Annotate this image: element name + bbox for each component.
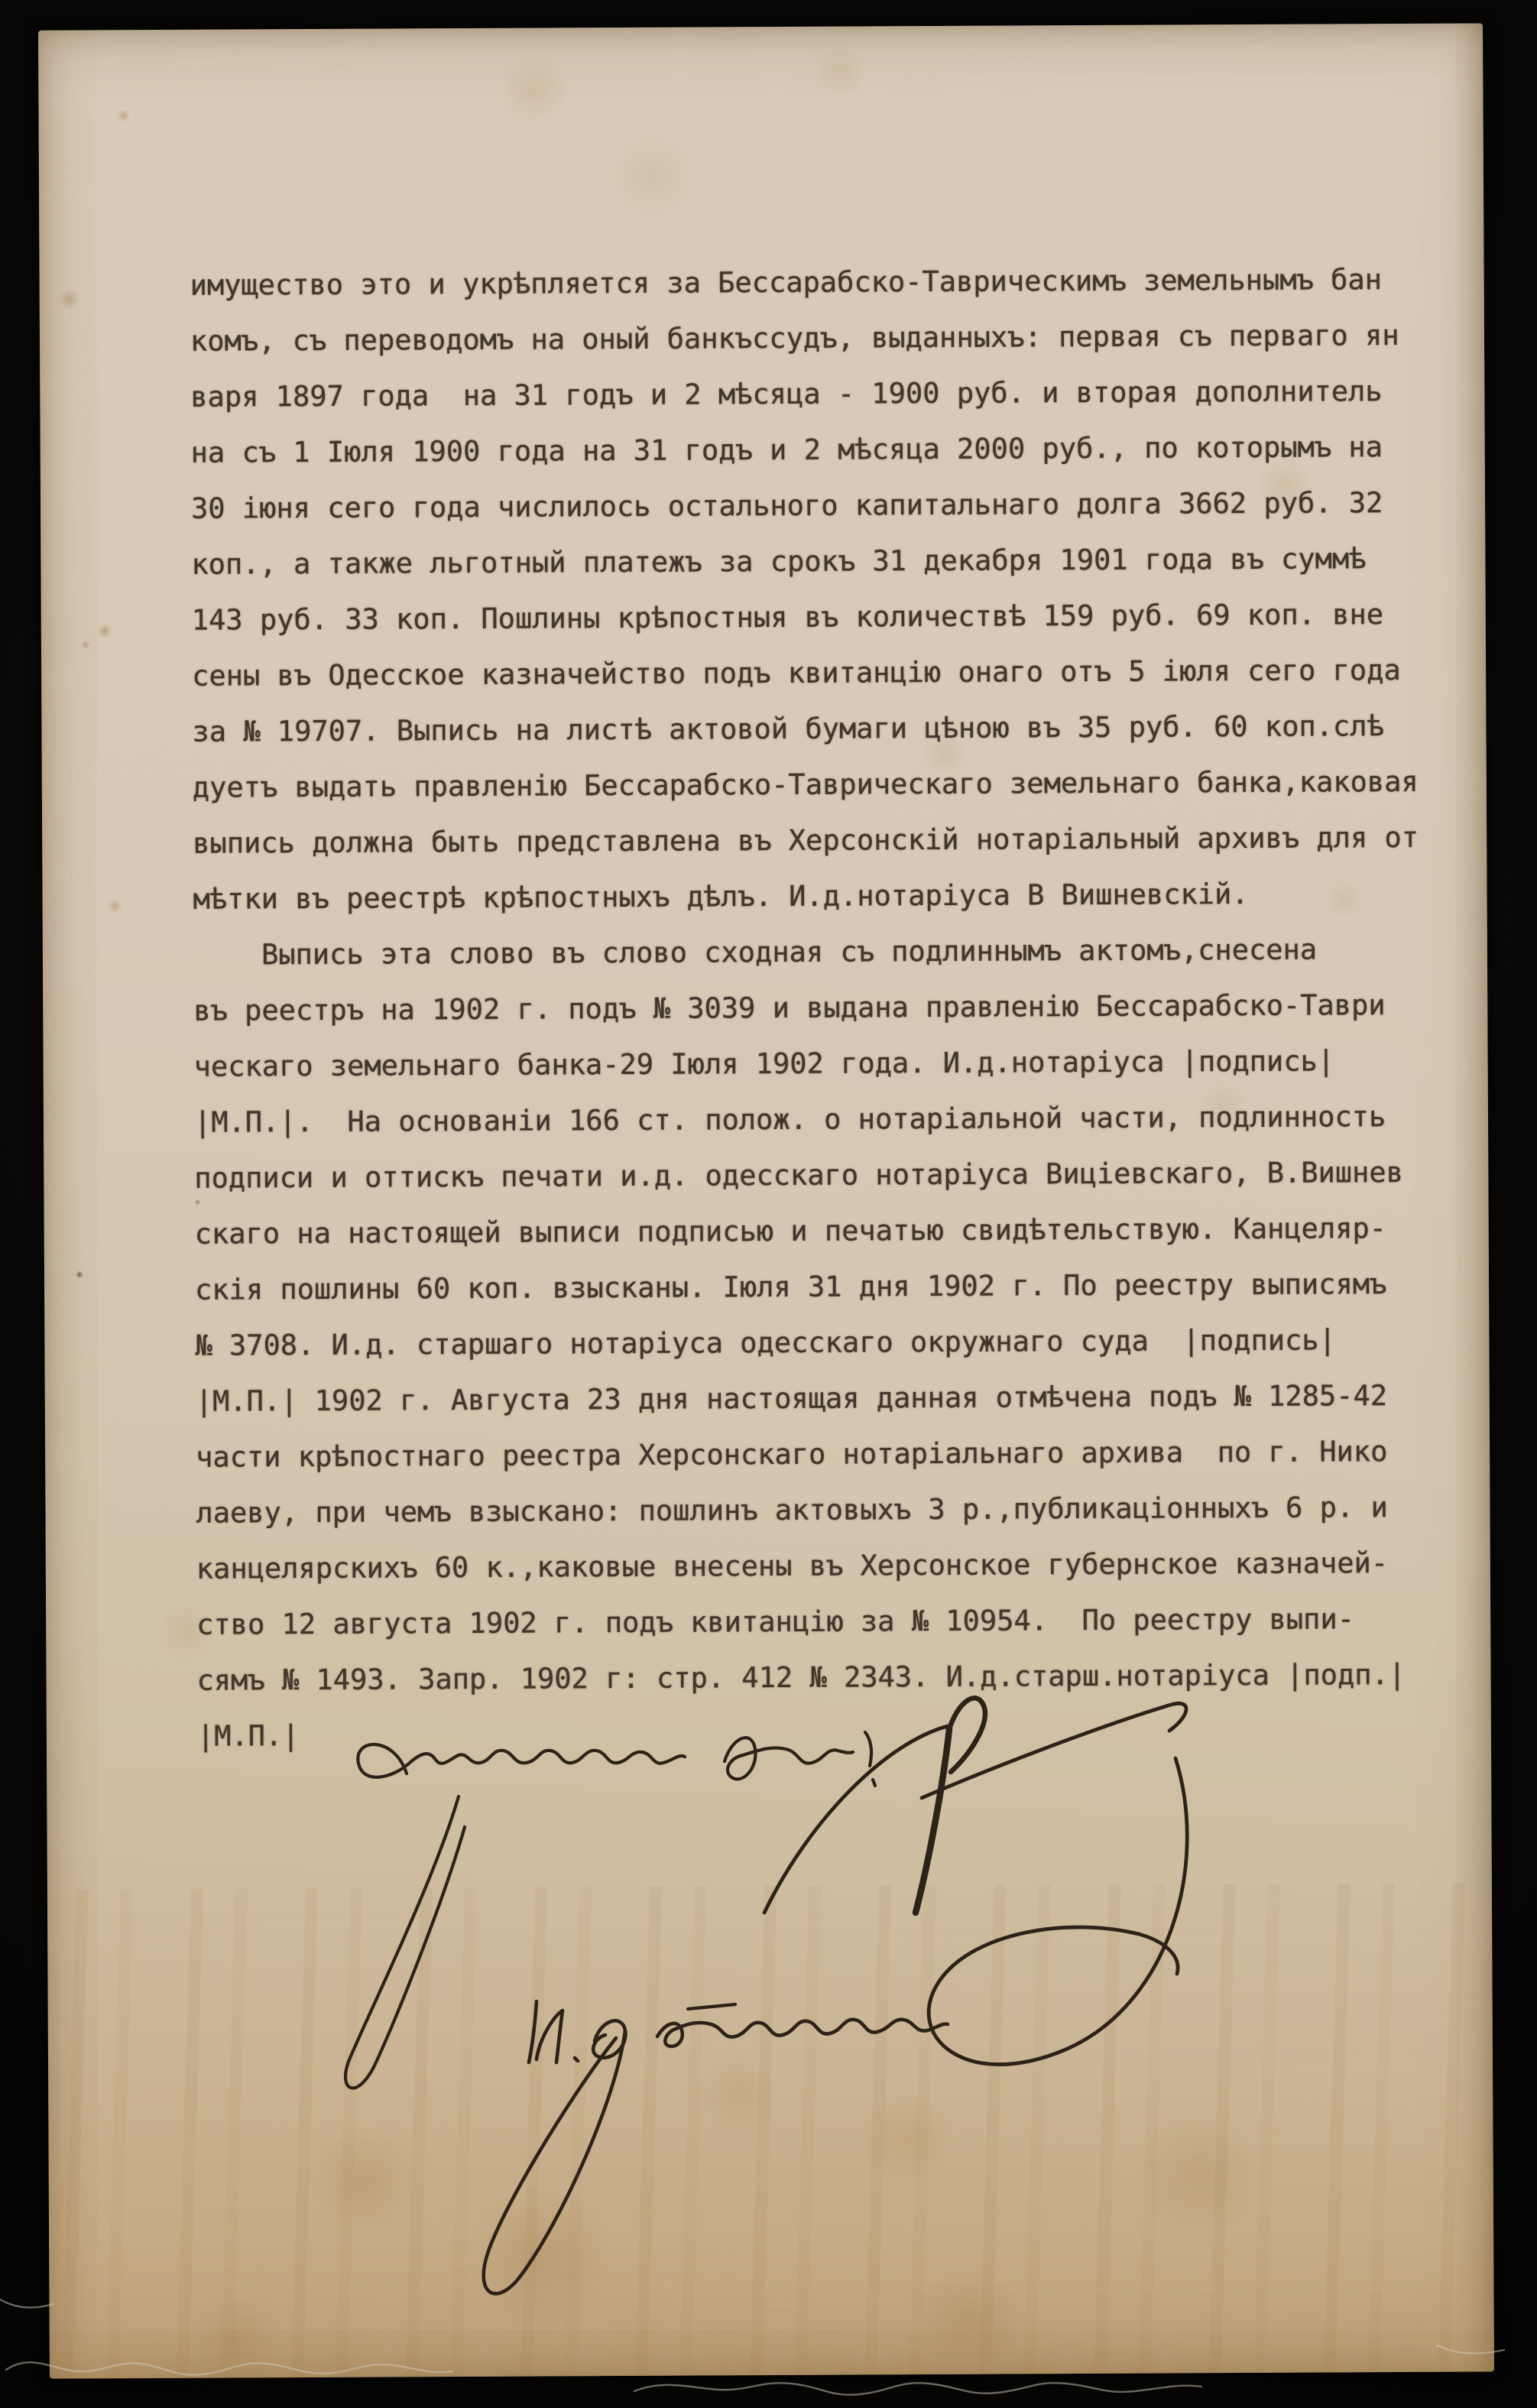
text-line: части крѣпостнаго реестра Херсонскаго но… (196, 1423, 1459, 1485)
typewritten-text: имущество это и укрѣпляется за Бессарабс… (190, 252, 1461, 1764)
text-line: сены въ Одесское казначейство подъ квита… (192, 642, 1455, 704)
text-line: въ реестръ на 1902 г. подъ № 3039 и выда… (193, 977, 1457, 1039)
text-line: имущество это и укрѣпляется за Бессарабс… (190, 252, 1453, 313)
text-line: коп., а также льготный платежъ за срокъ … (191, 531, 1454, 592)
text-line: выпись должна быть представлена въ Херсо… (193, 810, 1456, 871)
text-line: |М.П.|. На основаніи 166 ст. полож. о но… (194, 1089, 1458, 1150)
text-line: |М.П.| (197, 1702, 1461, 1764)
text-line: ческаго земельнаго банка-29 Іюля 1902 го… (193, 1033, 1457, 1095)
text-line: ство 12 августа 1902 г. подъ квитанцію з… (196, 1591, 1460, 1653)
text-line: канцелярскихъ 60 к.,каковые внесены въ Х… (196, 1535, 1460, 1597)
text-line: мѣтки въ реестрѣ крѣпостныхъ дѣлъ. И.д.н… (193, 865, 1456, 927)
text-line: на съ 1 Іюля 1900 года на 31 годъ и 2 мѣ… (191, 419, 1454, 481)
text-line: дуетъ выдать правленію Бессарабско-Таври… (193, 754, 1456, 816)
text-line: 143 руб. 33 коп. Пошлины крѣпостныя въ к… (192, 586, 1455, 648)
text-line: подписи и оттискъ печати и.д. одесскаго … (194, 1144, 1458, 1206)
text-line: лаеву, при чемъ взыскано: пошлинъ актовы… (196, 1479, 1459, 1541)
text-line: № 3708. И.д. старшаго нотаріуса одесскаг… (195, 1312, 1458, 1374)
text-line: Выпись эта слово въ слово сходная съ под… (193, 921, 1457, 983)
text-line: варя 1897 года на 31 годъ и 2 мѣсяца - 1… (190, 363, 1454, 425)
text-line: 30 іюня сего года числилось остального к… (191, 475, 1454, 537)
text-line: |М.П.| 1902 г. Августа 23 дня настоящая … (196, 1368, 1459, 1430)
scan-background: имущество это и укрѣпляется за Бессарабс… (0, 0, 1537, 2408)
text-line: скаго на настоящей выписи подписью и печ… (195, 1200, 1458, 1262)
text-line: сямъ № 1493. Запр. 1902 г: стр. 412 № 23… (196, 1647, 1460, 1709)
text-line: скія пошлины 60 коп. взысканы. Іюля 31 д… (195, 1256, 1458, 1318)
text-line: за № 19707. Выпись на листѣ актовой бума… (192, 698, 1455, 760)
document-page: имущество это и укрѣпляется за Бессарабс… (38, 23, 1494, 2378)
text-line: комъ, съ переводомъ на оный банкъссудъ, … (190, 307, 1454, 369)
